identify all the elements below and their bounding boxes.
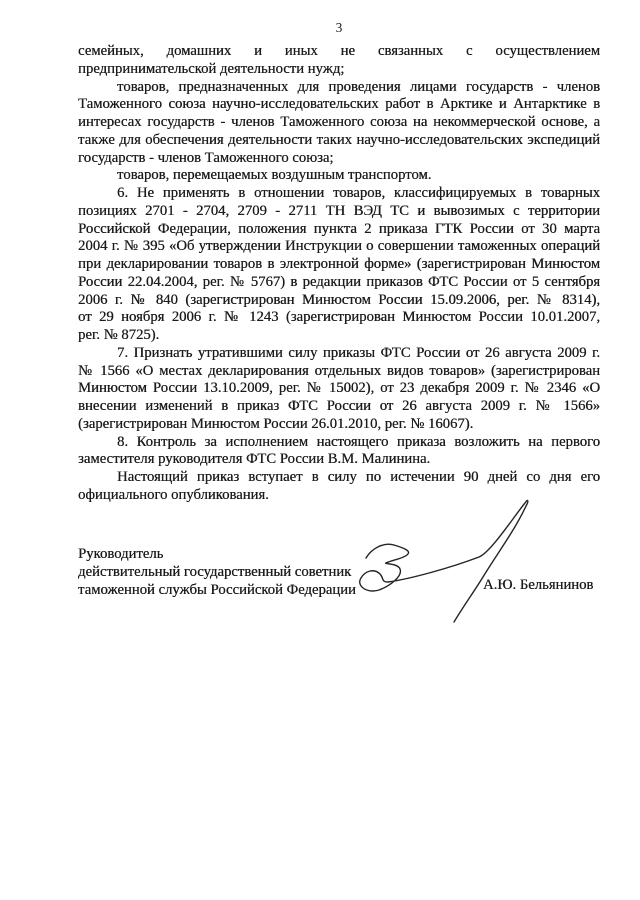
text-line: 2006 г. № 840 (зарегистрирован Минюстом … — [78, 292, 600, 310]
page-number: 3 — [78, 20, 600, 36]
text-line: товаров, перемещаемых воздушным транспор… — [78, 167, 600, 185]
text-line: семейных, домашних и иных не связанных с… — [78, 43, 600, 61]
text-line: при декларировании товаров в электронной… — [78, 256, 600, 274]
text-line: также для обеспечения деятельности таких… — [78, 132, 600, 150]
text-line: 7. Признать утратившими силу приказы ФТС… — [78, 345, 600, 363]
signatory-title-line: действительный государственный советник — [78, 564, 388, 582]
text-line: 8. Контроль за исполнением настоящего пр… — [78, 434, 600, 452]
document-page: 3 семейных, домашних и иных не связанных… — [0, 0, 640, 900]
text-line: позициях 2701 - 2704, 2709 - 2711 ТН ВЭД… — [78, 203, 600, 221]
text-line: внесении изменений в приказ ФТС России о… — [78, 398, 600, 416]
text-line: № 1566 «О местах декларирования отдельны… — [78, 363, 600, 381]
text-line: государств - членов Таможенного союза; — [78, 150, 600, 168]
text-line: Минюстом России 13.10.2009, рег. № 15002… — [78, 380, 600, 398]
signatory-title-line: таможенной службы Российской Федерации — [78, 582, 388, 600]
text-line: Таможенного союза научно-исследовательск… — [78, 96, 600, 114]
text-line: Российской Федерации, положения пункта 2… — [78, 221, 600, 239]
text-line: рег. № 8725). — [78, 327, 600, 345]
text-line: товаров, предназначенных для проведения … — [78, 79, 600, 97]
document-body: семейных, домашних и иных не связанных с… — [78, 43, 600, 505]
text-line: заместителя руководителя ФТС России В.М.… — [78, 451, 600, 469]
text-line: (зарегистрирован Минюстом России 26.01.2… — [78, 416, 600, 434]
text-line: России 22.04.2004, рег. № 5767) в редакц… — [78, 274, 600, 292]
text-line: 2004 г. № 395 «Об утверждении Инструкции… — [78, 238, 600, 256]
text-line: интересах государств - членов Таможенног… — [78, 114, 600, 132]
text-line: предпринимательской деятельности нужд; — [78, 61, 600, 79]
signatory-name: А.Ю. Бельянинов — [483, 577, 593, 594]
text-line: от 29 ноября 2006 г. № 1243 (зарегистрир… — [78, 309, 600, 327]
signatory-title-line: Руководитель — [78, 546, 388, 564]
signatory-title-block: Руководительдействительный государственн… — [78, 546, 388, 599]
text-line: Настоящий приказ вступает в силу по исте… — [78, 469, 600, 487]
text-line: 6. Не применять в отношении товаров, кла… — [78, 185, 600, 203]
